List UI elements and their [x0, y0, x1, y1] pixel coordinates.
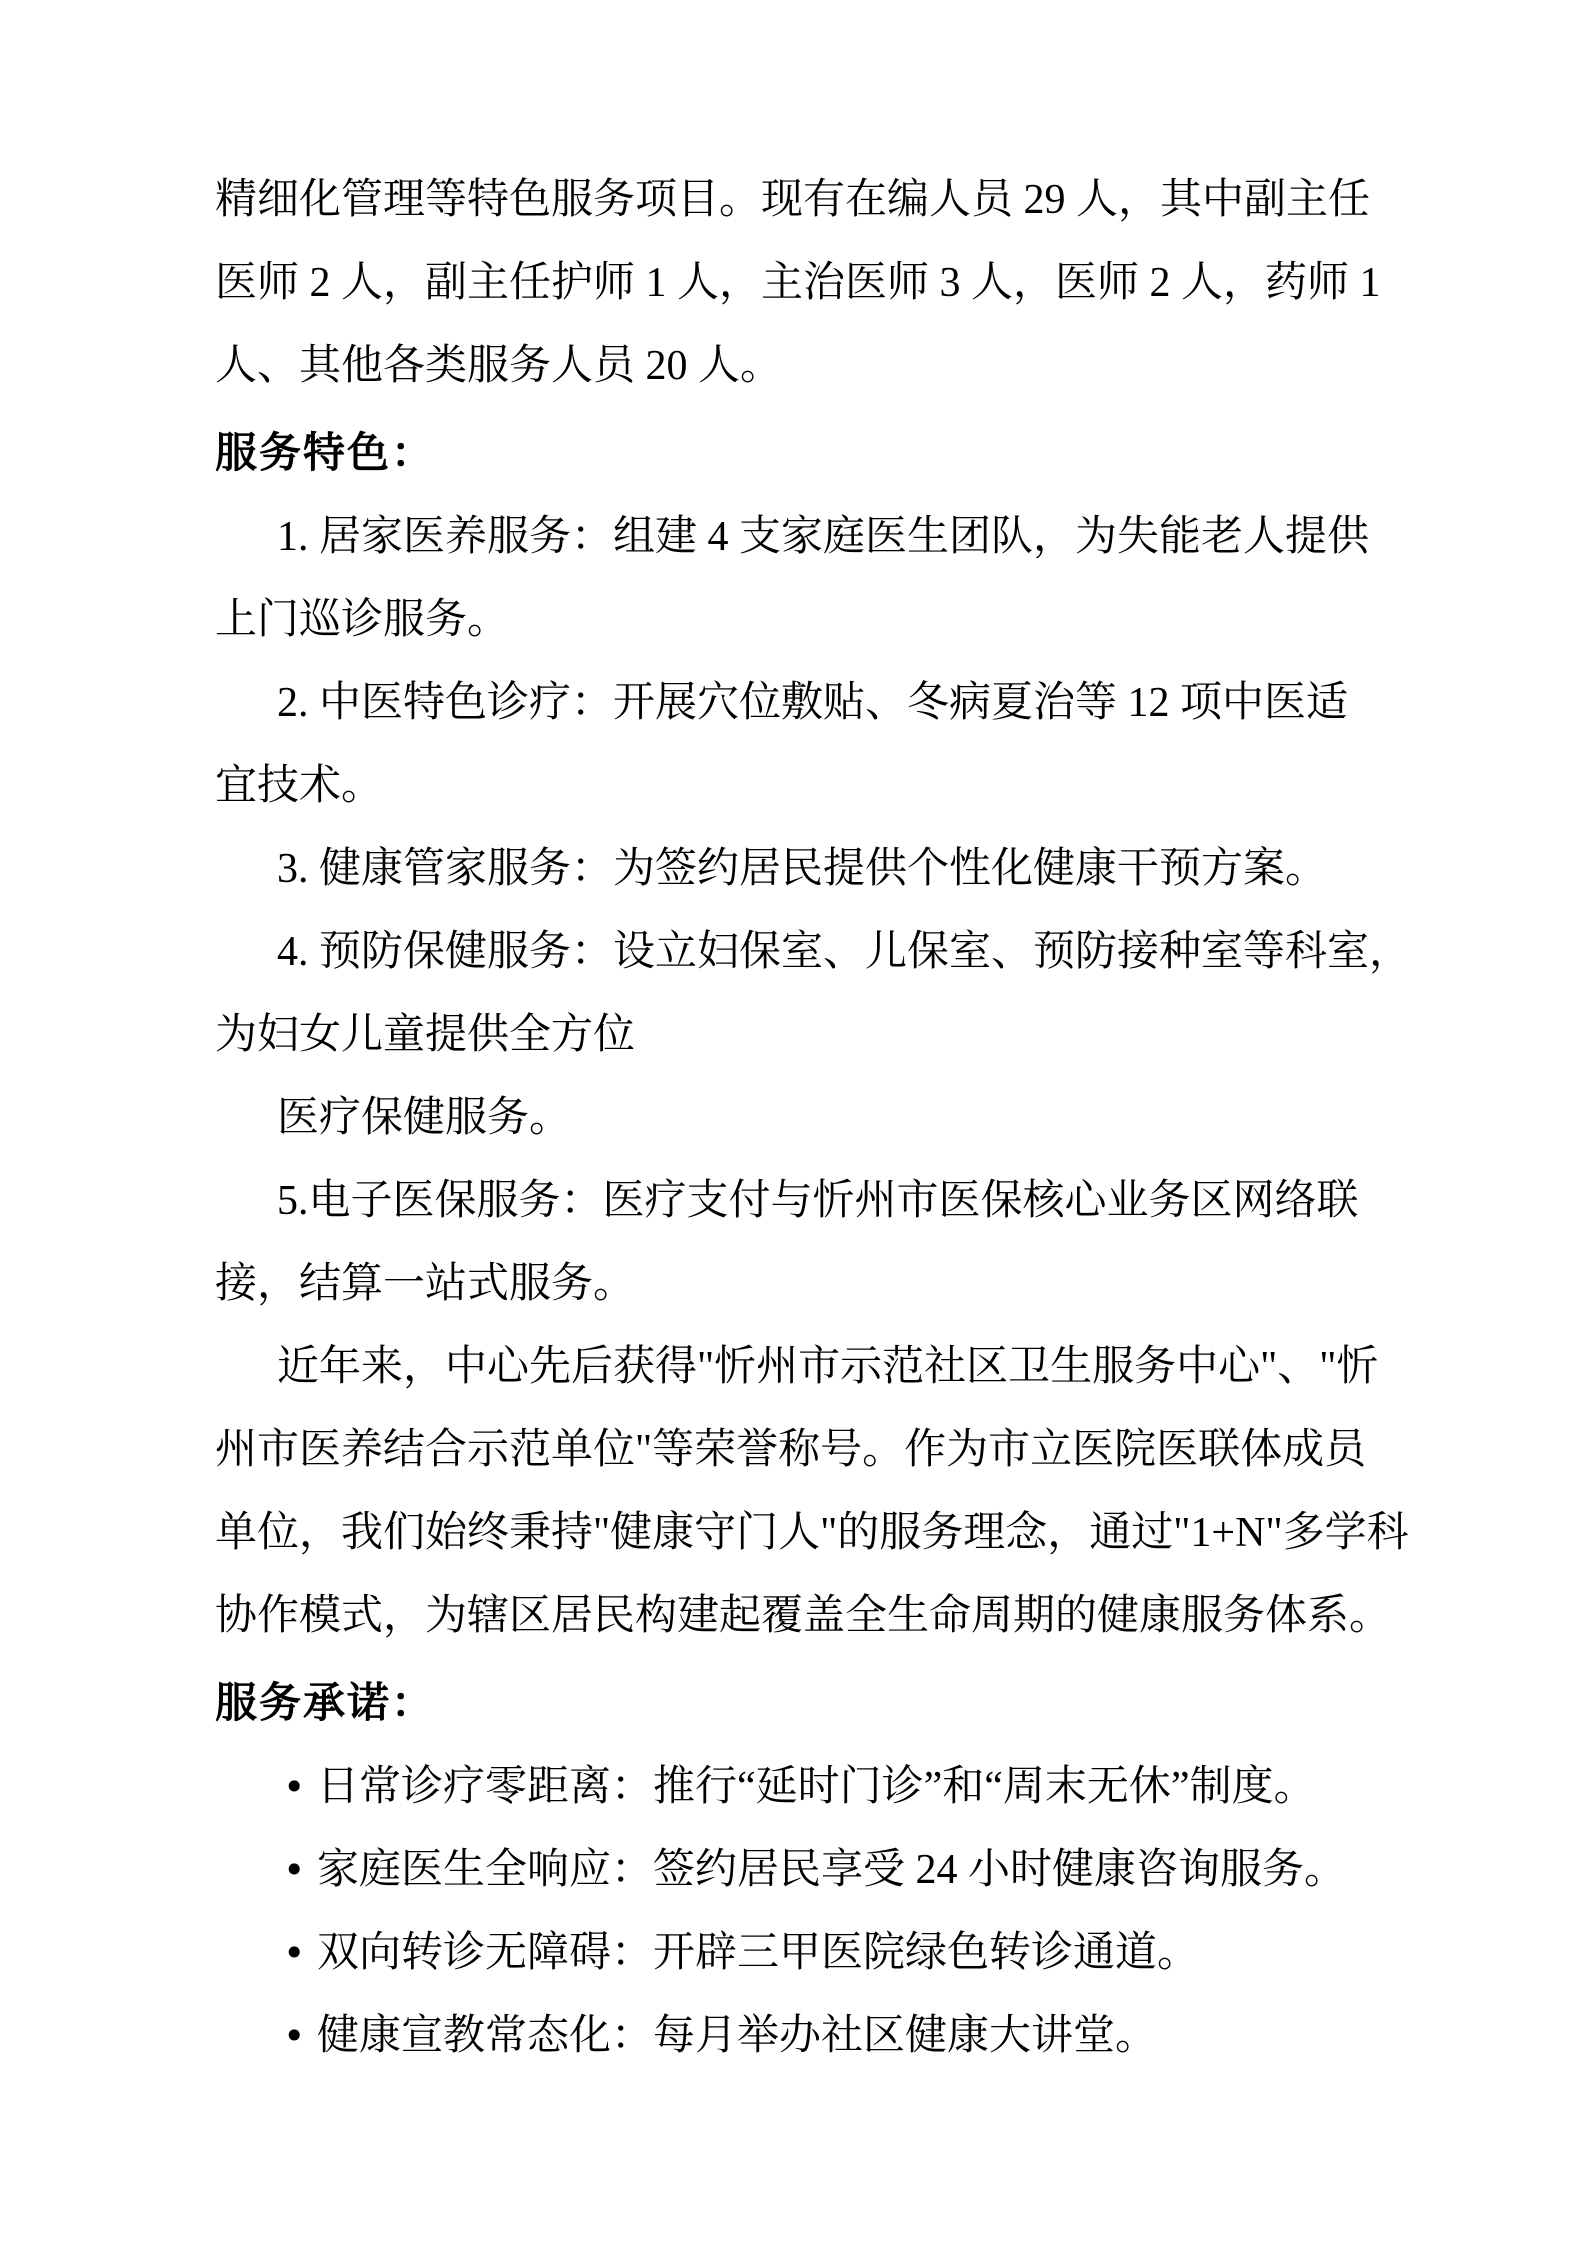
bullet-icon: •: [283, 1829, 317, 1912]
bullet-item-text: 日常诊疗零距离：推行“延时门诊”和“周末无休”制度。: [317, 1764, 1316, 1810]
text-line: 医疗保健服务。: [215, 1077, 1400, 1160]
bullet-list: •日常诊疗零距离：推行“延时门诊”和“周末无休”制度。•家庭医生全响应：签约居民…: [215, 1746, 1400, 2078]
paragraph: 1. 居家医养服务：组建 4 支家庭医生团队，为失能老人提供上门巡诊服务。: [215, 496, 1400, 662]
text-line: 接，结算一站式服务。: [215, 1243, 1400, 1326]
text-line: 为妇女儿童提供全方位: [215, 994, 1400, 1077]
section-heading: 服务承诺：: [215, 1663, 1400, 1746]
bullet-icon: •: [283, 1746, 317, 1829]
text-line: 3. 健康管家服务：为签约居民提供个性化健康干预方案。: [215, 828, 1400, 911]
text-line: 近年来，中心先后获得"忻州市示范社区卫生服务中心"、"忻: [215, 1326, 1400, 1409]
text-line: 宜技术。: [215, 745, 1400, 828]
bullet-item-text: 双向转诊无障碍：开辟三甲医院绿色转诊通道。: [317, 1930, 1199, 1976]
text-line: 上门巡诊服务。: [215, 579, 1400, 662]
text-line: 单位，我们始终秉持"健康守门人"的服务理念，通过"1+N"多学科: [215, 1492, 1400, 1575]
section-heading: 服务特色：: [215, 413, 1400, 496]
bullet-icon: •: [283, 1995, 317, 2078]
paragraph: 4. 预防保健服务：设立妇保室、儿保室、预防接种室等科室，为妇女儿童提供全方位医…: [215, 911, 1400, 1160]
paragraph: 精细化管理等特色服务项目。现有在编人员 29 人，其中副主任医师 2 人，副主任…: [215, 159, 1400, 408]
heading-text: 服务特色：: [215, 413, 1400, 496]
bullet-item-text: 健康宣教常态化：每月举办社区健康大讲堂。: [317, 2013, 1157, 2059]
bullet-item: •健康宣教常态化：每月举办社区健康大讲堂。: [215, 1995, 1400, 2078]
text-line: 1. 居家医养服务：组建 4 支家庭医生团队，为失能老人提供: [215, 496, 1400, 579]
heading-text: 服务承诺：: [215, 1663, 1400, 1746]
bullet-icon: •: [283, 1912, 317, 1995]
bullet-item: •日常诊疗零距离：推行“延时门诊”和“周末无休”制度。: [215, 1746, 1400, 1829]
text-line: 5.电子医保服务：医疗支付与忻州市医保核心业务区网络联: [215, 1160, 1400, 1243]
text-line: 人、其他各类服务人员 20 人。: [215, 325, 1400, 408]
bullet-item-text: 家庭医生全响应：签约居民享受 24 小时健康咨询服务。: [317, 1847, 1346, 1893]
bullet-item: •双向转诊无障碍：开辟三甲医院绿色转诊通道。: [215, 1912, 1400, 1995]
paragraph: 近年来，中心先后获得"忻州市示范社区卫生服务中心"、"忻州市医养结合示范单位"等…: [215, 1326, 1400, 1658]
text-line: 2. 中医特色诊疗：开展穴位敷贴、冬病夏治等 12 项中医适: [215, 662, 1400, 745]
text-line: 4. 预防保健服务：设立妇保室、儿保室、预防接种室等科室，: [215, 911, 1400, 994]
text-line: 协作模式，为辖区居民构建起覆盖全生命周期的健康服务体系。: [215, 1575, 1400, 1658]
bullet-item: •家庭医生全响应：签约居民享受 24 小时健康咨询服务。: [215, 1829, 1400, 1912]
document-body: 精细化管理等特色服务项目。现有在编人员 29 人，其中副主任医师 2 人，副主任…: [215, 159, 1400, 2078]
text-line: 州市医养结合示范单位"等荣誉称号。作为市立医院医联体成员: [215, 1409, 1400, 1492]
text-line: 医师 2 人，副主任护师 1 人，主治医师 3 人，医师 2 人，药师 1: [215, 242, 1400, 325]
document-page: 精细化管理等特色服务项目。现有在编人员 29 人，其中副主任医师 2 人，副主任…: [0, 0, 1587, 2245]
text-line: 精细化管理等特色服务项目。现有在编人员 29 人，其中副主任: [215, 159, 1400, 242]
paragraph: 3. 健康管家服务：为签约居民提供个性化健康干预方案。: [215, 828, 1400, 911]
paragraph: 2. 中医特色诊疗：开展穴位敷贴、冬病夏治等 12 项中医适宜技术。: [215, 662, 1400, 828]
paragraph: 5.电子医保服务：医疗支付与忻州市医保核心业务区网络联接，结算一站式服务。: [215, 1160, 1400, 1326]
